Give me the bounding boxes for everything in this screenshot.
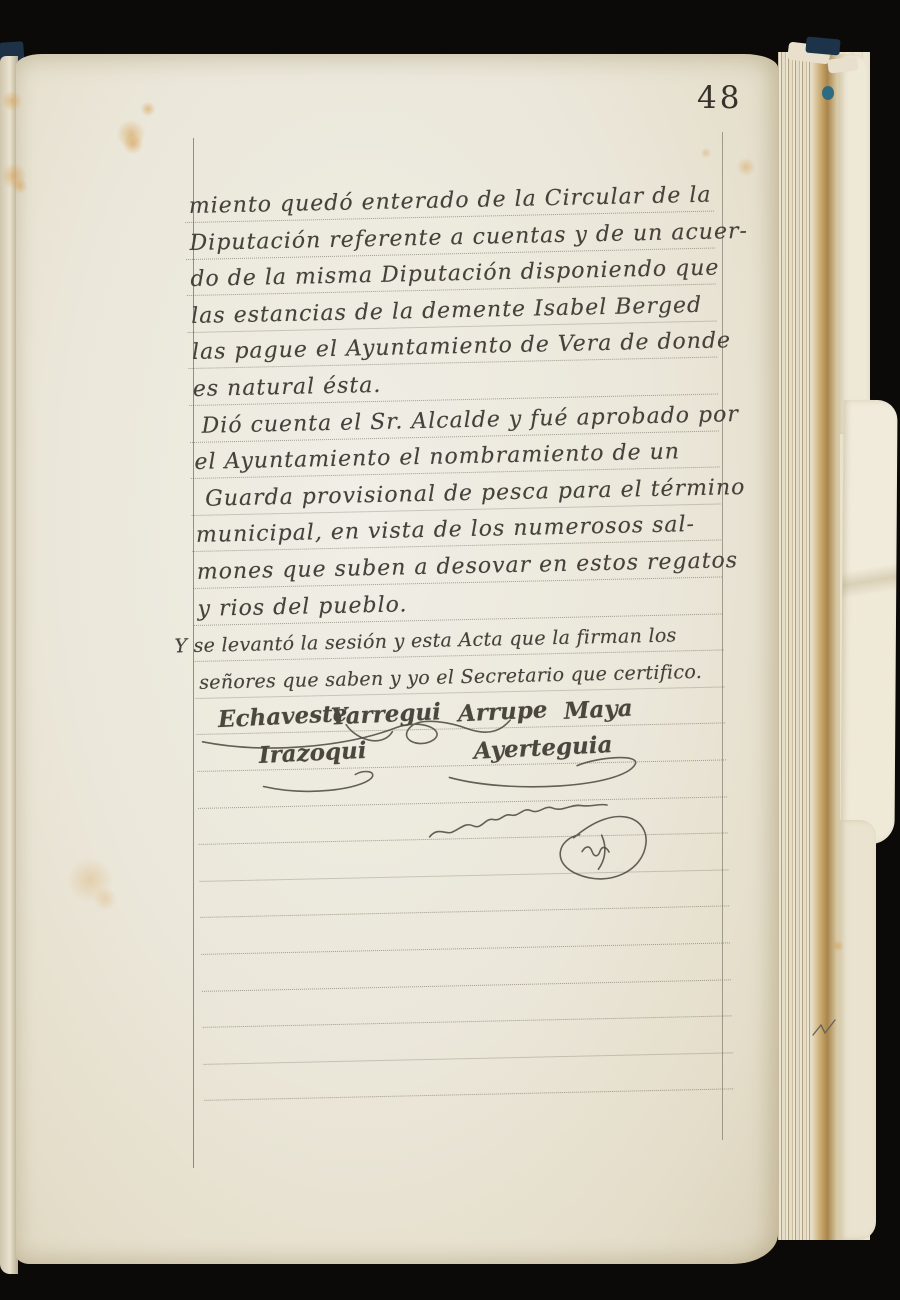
text-line: do de la misma Diputación disponiendo qu… — [190, 254, 720, 296]
text-line: mones que suben a desovar en estos regat… — [197, 546, 739, 588]
text-line: municipal, en vista de los numerosos sal… — [196, 510, 696, 551]
fore-edge-stripes — [778, 52, 812, 1240]
ink-scrawl-annotation — [423, 790, 655, 885]
foxing-stain — [122, 134, 144, 154]
manuscript-block: miento quedó enterado de la Circular de … — [185, 188, 740, 1149]
text-line: las estancias de la demente Isabel Berge… — [191, 291, 703, 332]
text-line: Dió cuenta el Sr. Alcalde y fué aprobado… — [201, 400, 739, 442]
text-line: las pague el Ayuntamiento de Vera de don… — [192, 327, 732, 369]
ruled-line — [201, 942, 730, 955]
protruding-page-middle — [840, 400, 897, 844]
foxing-stain — [2, 90, 22, 112]
text-line: y rios del pueblo. — [197, 590, 407, 625]
ruled-line — [203, 1016, 732, 1029]
foxing-stain — [92, 888, 118, 910]
foxing-stain — [736, 158, 756, 176]
foxing-stain — [140, 102, 156, 116]
text-line: es natural ésta. — [193, 371, 382, 405]
protruding-page-bottom — [840, 820, 876, 1240]
edge-pencil-mark — [810, 1016, 842, 1044]
binding-blue-fragment — [805, 37, 840, 56]
ruled-line — [204, 1089, 733, 1102]
ruled-line — [202, 979, 731, 992]
ruled-line — [204, 1052, 733, 1065]
foxing-stain — [832, 940, 844, 952]
text-line: Y se levantó la sesión y esta Acta que l… — [174, 621, 677, 662]
protruding-page-top — [840, 54, 868, 434]
ruled-line — [200, 906, 729, 919]
binding-teal-fragment — [822, 86, 834, 100]
page-number: 48 — [697, 80, 742, 116]
foxing-stain — [700, 148, 712, 158]
text-line: el Ayuntamiento el nombramiento de un — [194, 438, 680, 479]
foxing-stain — [12, 178, 28, 194]
fore-edge-tan-streak — [812, 52, 840, 1240]
text-line: Diputación referente a cuentas y de un a… — [189, 216, 748, 258]
signature-flourishes — [195, 658, 728, 800]
text-line: Guarda provisional de pesca para el térm… — [205, 473, 746, 515]
